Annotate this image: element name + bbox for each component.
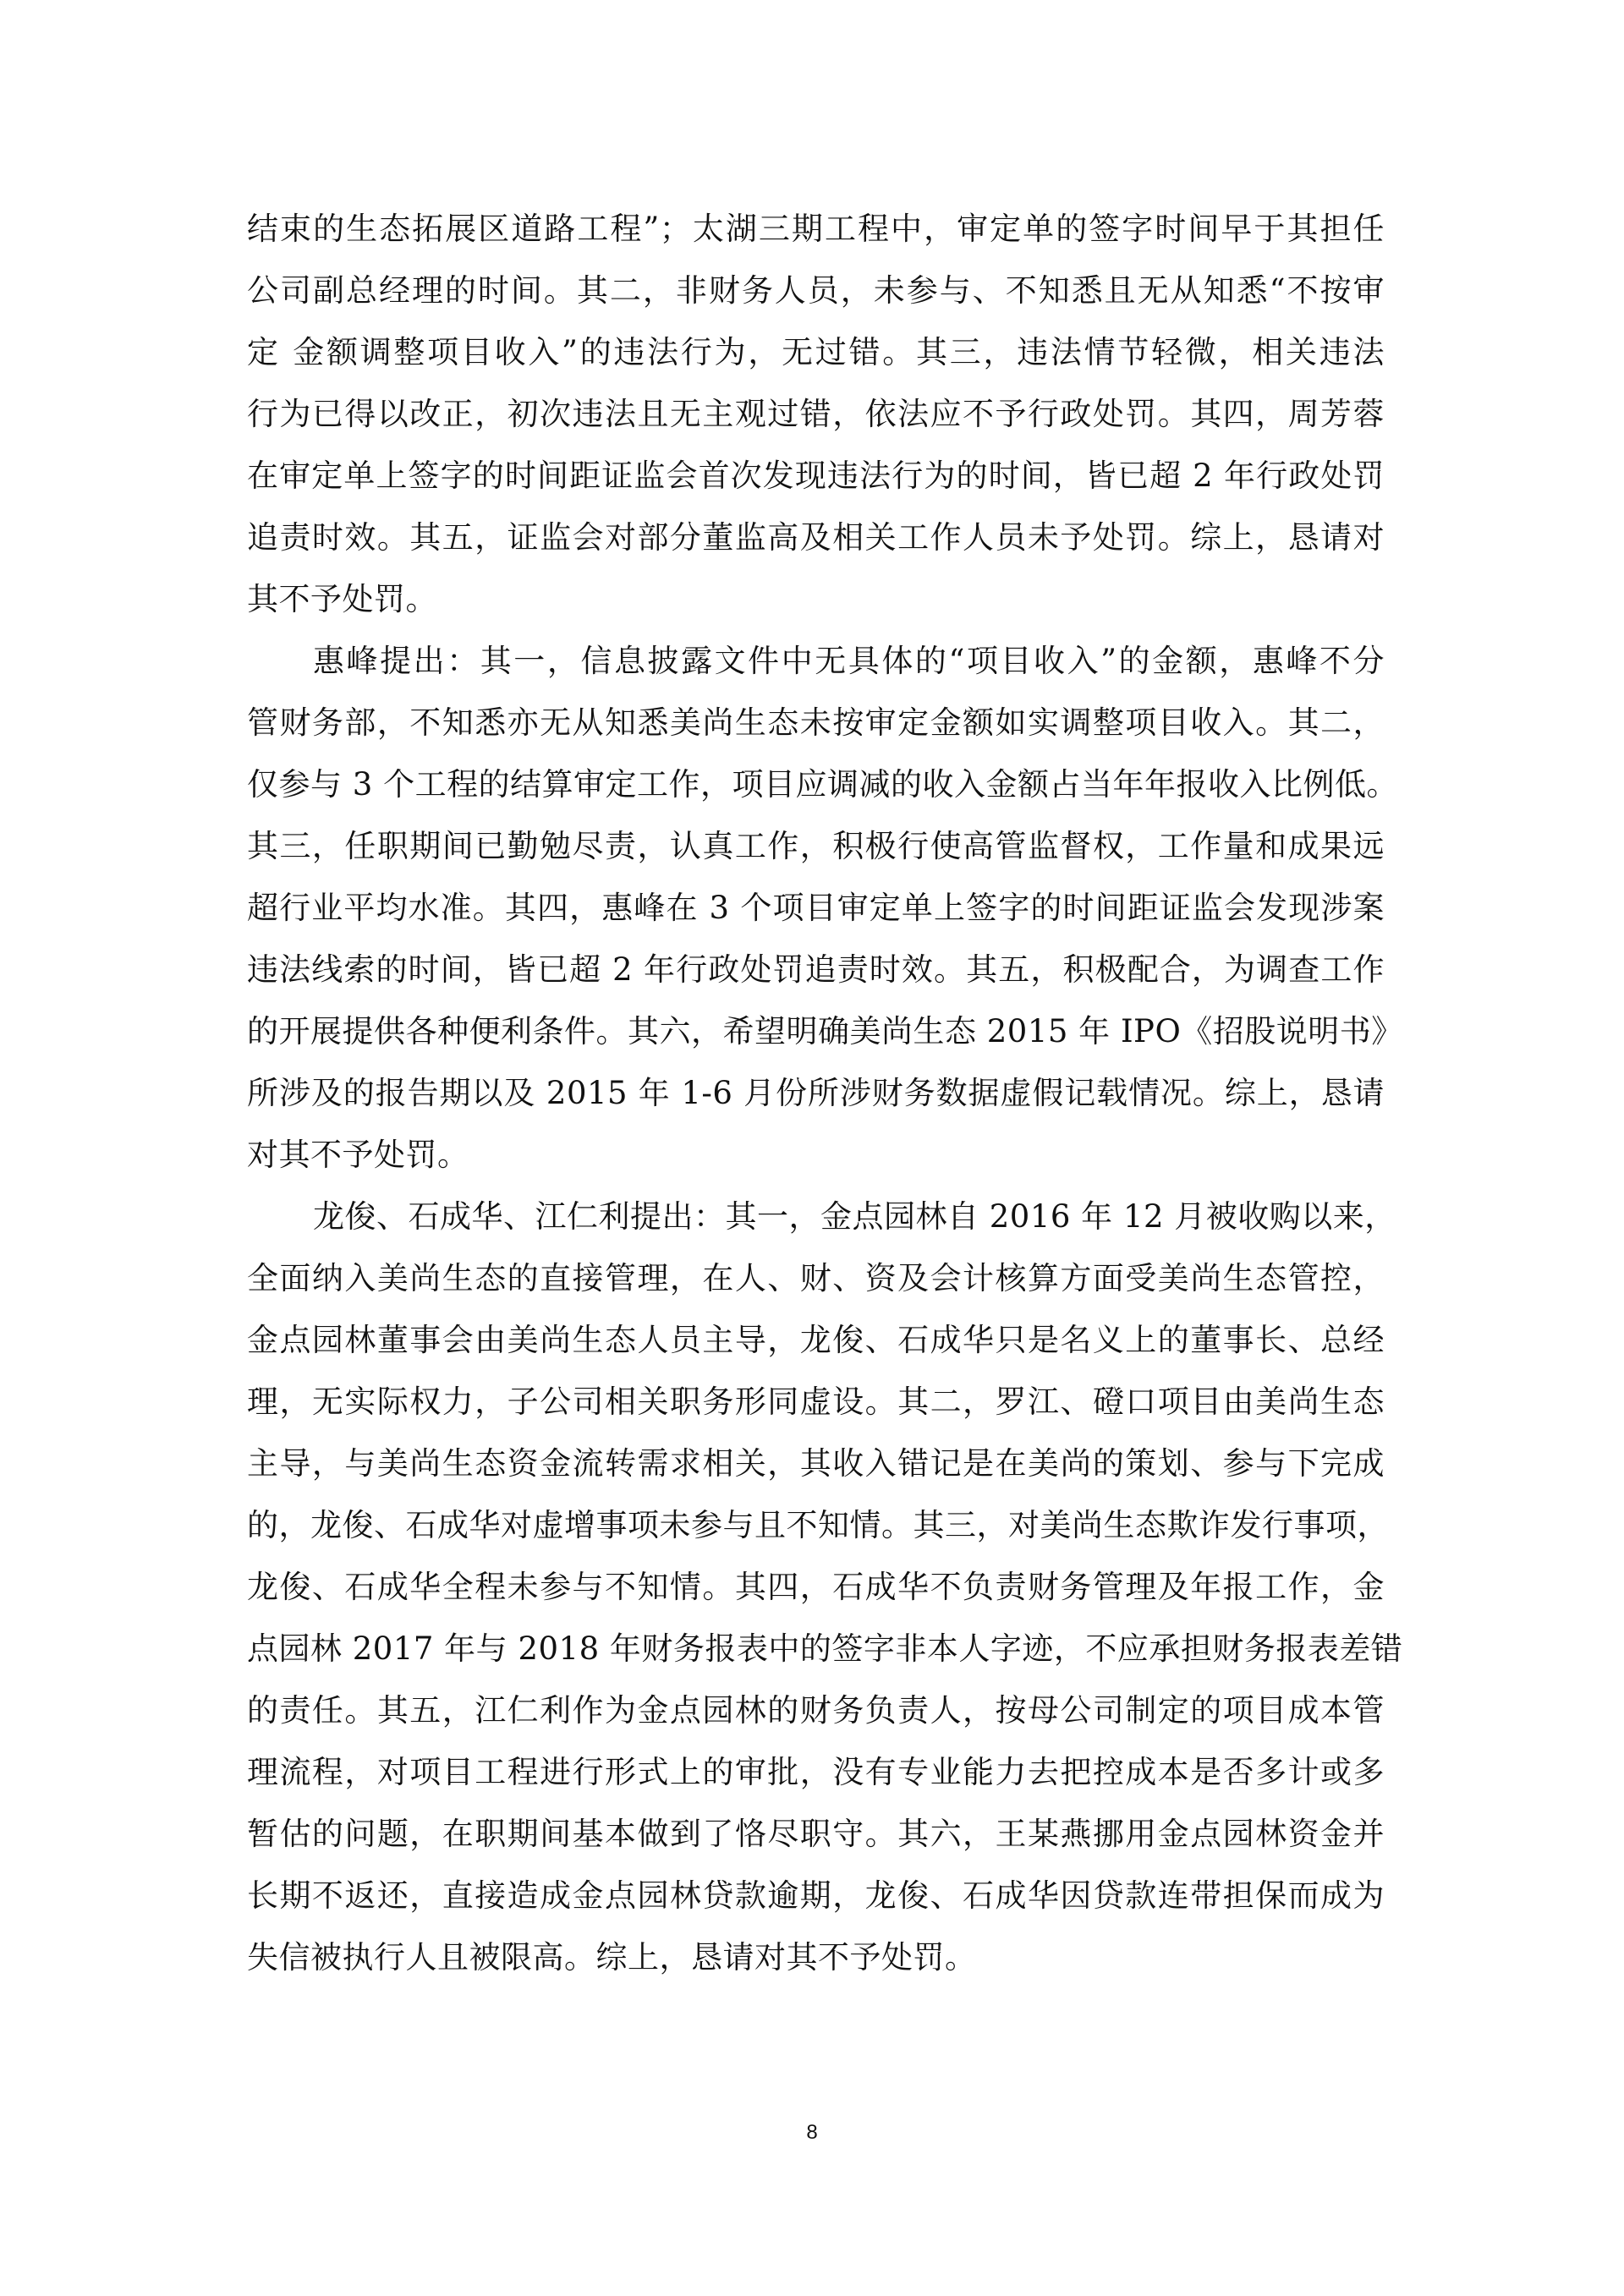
- page-number: 8: [0, 2121, 1624, 2145]
- text-line: 的开展提供各种便利条件。其六，希望明确美尚生态 2015 年 IPO《招股说明书…: [247, 1011, 1385, 1072]
- text-line: 暂估的问题，在职期间基本做到了恪尽职守。其六，王某燕挪用金点园林资金并: [247, 1813, 1385, 1875]
- text-line: 全面纳入美尚生态的直接管理，在人、财、资及会计核算方面受美尚生态管控，: [247, 1258, 1385, 1319]
- text-line: 其不予处罚。: [247, 578, 1385, 640]
- text-line: 结束的生态拓展区道路工程”；太湖三期工程中，审定单的签字时间早于其担任: [247, 208, 1385, 270]
- text-line: 追责时效。其五，证监会对部分董监高及相关工作人员未予处罚。综上，恳请对: [247, 517, 1385, 578]
- text-line: 失信被执行人且被限高。综上，恳请对其不予处罚。: [247, 1937, 1385, 1998]
- text-line: 理，无实际权力，子公司相关职务形同虚设。其二，罗江、磴口项目由美尚生态: [247, 1381, 1385, 1443]
- text-line: 其三，任职期间已勤勉尽责，认真工作，积极行使高管监督权，工作量和成果远: [247, 825, 1385, 887]
- text-line: 龙俊、石成华全程未参与不知情。其四，石成华不负责财务管理及年报工作，金: [247, 1566, 1385, 1628]
- text-line: 主导，与美尚生态资金流转需求相关，其收入错记是在美尚的策划、参与下完成: [247, 1443, 1385, 1504]
- text-line: 金点园林董事会由美尚生态人员主导，龙俊、石成华只是名义上的董事长、总经: [247, 1319, 1385, 1381]
- text-line: 惠峰提出：其一，信息披露文件中无具体的“项目收入”的金额，惠峰不分: [247, 640, 1385, 702]
- text-line: 理流程，对项目工程进行形式上的审批，没有专业能力去把控成本是否多计或多: [247, 1751, 1385, 1813]
- body-text: 结束的生态拓展区道路工程”；太湖三期工程中，审定单的签字时间早于其担任 公司副总…: [247, 208, 1385, 1998]
- text-line: 定 金额调整项目收入”的违法行为，无过错。其三，违法情节轻微，相关违法: [247, 332, 1385, 393]
- text-line: 点园林 2017 年与 2018 年财务报表中的签字非本人字迹，不应承担财务报表…: [247, 1628, 1385, 1690]
- text-line: 管财务部，不知悉亦无从知悉美尚生态未按审定金额如实调整项目收入。其二，: [247, 702, 1385, 764]
- text-line: 的责任。其五，江仁利作为金点园林的财务负责人，按母公司制定的项目成本管: [247, 1690, 1385, 1751]
- paragraph-long-jun: 龙俊、石成华、江仁利提出：其一，金点园林自 2016 年 12 月被收购以来， …: [247, 1196, 1385, 1998]
- text-line: 对其不予处罚。: [247, 1134, 1385, 1196]
- text-line: 长期不返还，直接造成金点园林贷款逾期，龙俊、石成华因贷款连带担保而成为: [247, 1875, 1385, 1937]
- text-line: 龙俊、石成华、江仁利提出：其一，金点园林自 2016 年 12 月被收购以来，: [247, 1196, 1385, 1258]
- paragraph-zhou-fangrong: 结束的生态拓展区道路工程”；太湖三期工程中，审定单的签字时间早于其担任 公司副总…: [247, 208, 1385, 640]
- text-line: 行为已得以改正，初次违法且无主观过错，依法应不予行政处罚。其四，周芳蓉: [247, 393, 1385, 455]
- text-line: 的，龙俊、石成华对虚增事项未参与且不知情。其三，对美尚生态欺诈发行事项，: [247, 1504, 1385, 1566]
- text-line: 所涉及的报告期以及 2015 年 1-6 月份所涉财务数据虚假记载情况。综上，恳…: [247, 1072, 1385, 1134]
- text-line: 公司副总经理的时间。其二，非财务人员，未参与、不知悉且无从知悉“不按审: [247, 270, 1385, 332]
- text-line: 仅参与 3 个工程的结算审定工作，项目应调减的收入金额占当年年报收入比例低。: [247, 764, 1385, 825]
- document-page: 结束的生态拓展区道路工程”；太湖三期工程中，审定单的签字时间早于其担任 公司副总…: [0, 0, 1624, 2296]
- text-line: 超行业平均水准。其四，惠峰在 3 个项目审定单上签字的时间距证监会发现涉案: [247, 887, 1385, 949]
- paragraph-hui-feng: 惠峰提出：其一，信息披露文件中无具体的“项目收入”的金额，惠峰不分 管财务部，不…: [247, 640, 1385, 1196]
- text-line: 违法线索的时间，皆已超 2 年行政处罚追责时效。其五，积极配合，为调查工作: [247, 949, 1385, 1011]
- text-line: 在审定单上签字的时间距证监会首次发现违法行为的时间，皆已超 2 年行政处罚: [247, 455, 1385, 517]
